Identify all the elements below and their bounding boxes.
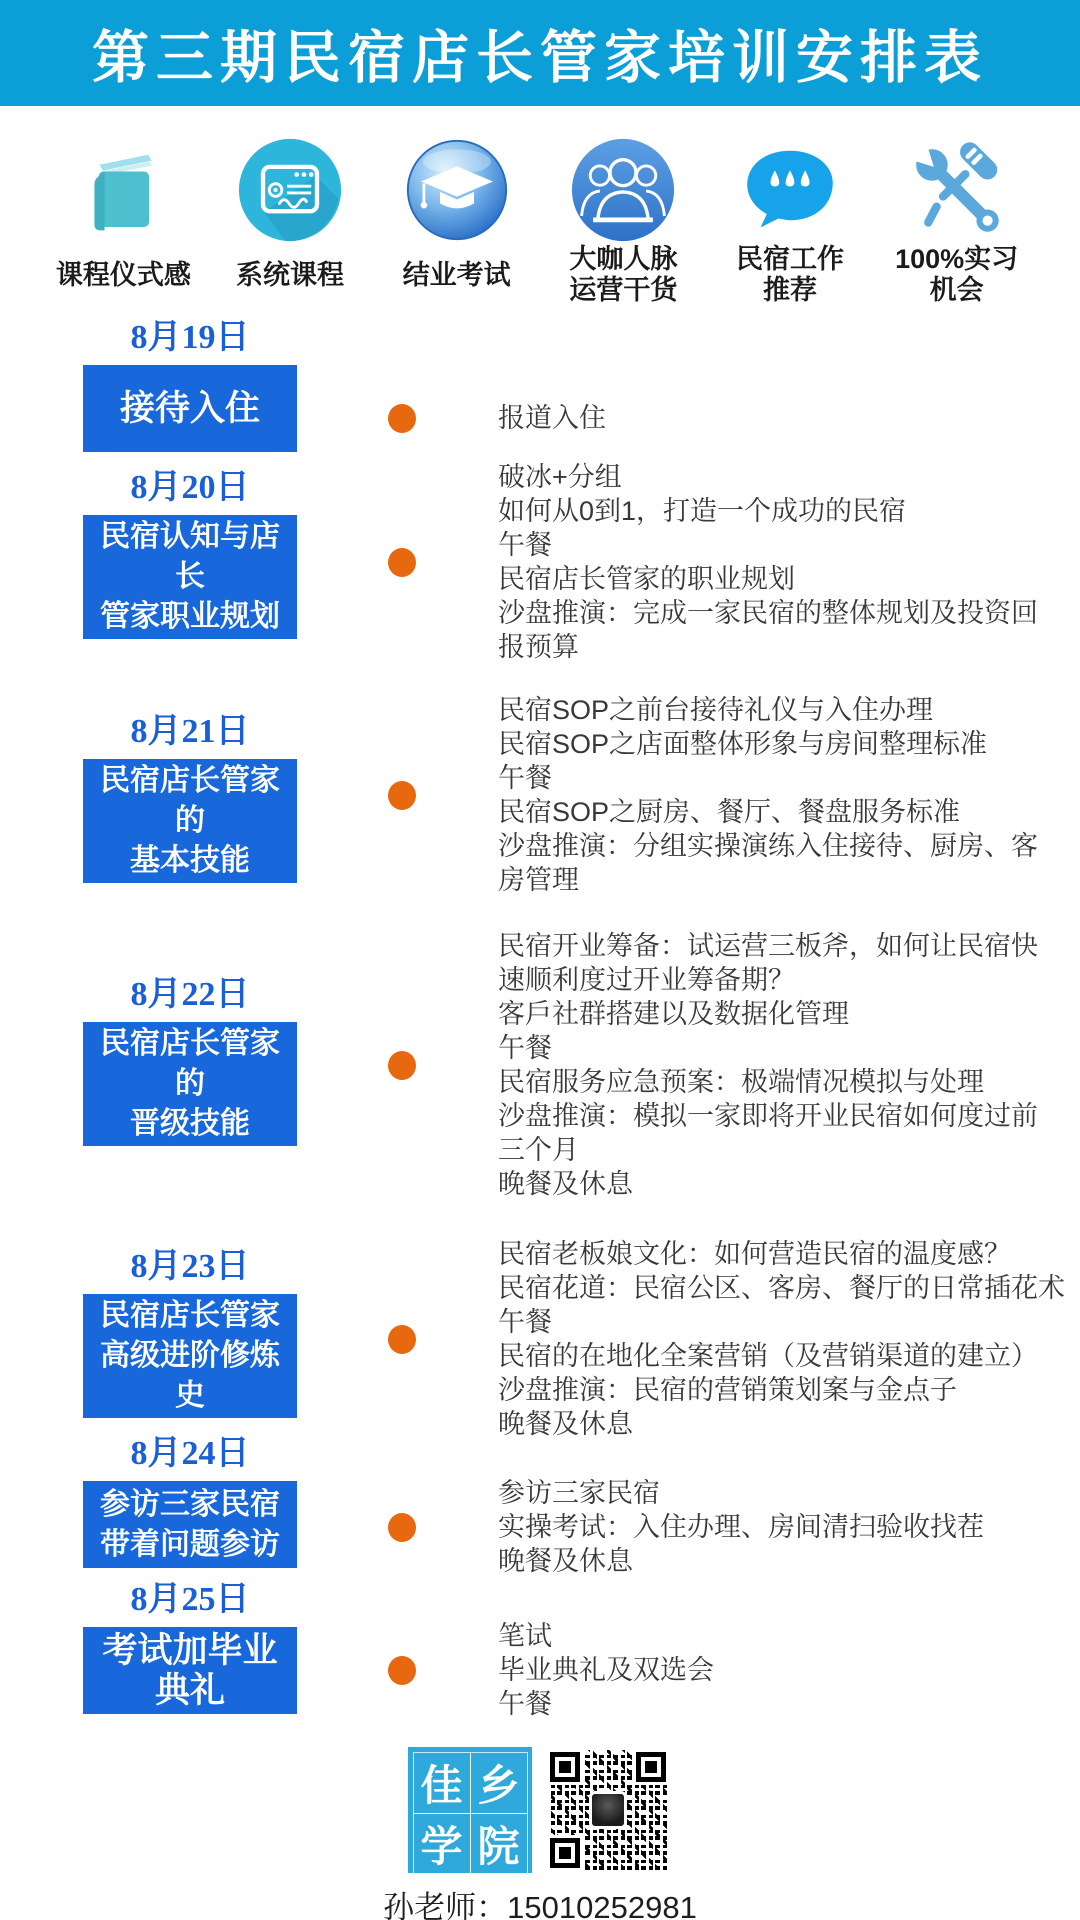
- feature-ceremony: 课程仪式感: [40, 136, 207, 306]
- section-topic-box: 民宿店长管家 高级进阶修炼史: [83, 1294, 297, 1418]
- section-content: 破冰+分组 如何从0到1，打造一个成功的民宿 午餐 民宿店长管家的职业规划 沙盘…: [498, 460, 1038, 664]
- section-content: 笔试 毕业典礼及双选会 午餐: [498, 1619, 714, 1721]
- qr-pattern: [548, 1750, 668, 1870]
- section-topic-box: 民宿认知与店长 管家职业规划: [83, 515, 297, 639]
- section-content: 参访三家民宿 实操考试：入住办理、房间清扫验收找茬 晚餐及休息: [498, 1476, 984, 1578]
- feature-exam: 结业考试: [373, 136, 540, 306]
- section-date: 8月20日: [0, 469, 380, 507]
- section-content: 报道入住: [498, 401, 606, 435]
- section-date: 8月19日: [0, 319, 380, 357]
- section-date: 8月21日: [0, 713, 380, 751]
- page-title: 第三期民宿店长管家培训安排表: [92, 12, 988, 94]
- contact-phone: 孙老师：15010252981: [0, 1882, 1080, 1920]
- bullet-dot: [388, 404, 416, 433]
- online-course-icon: [237, 137, 343, 243]
- feature-network: 大咖人脉 运营干货: [540, 136, 707, 306]
- logo-char: 佳: [413, 1752, 471, 1814]
- feature-label: 结业考试: [403, 244, 511, 306]
- section-topic-box: 民宿店长管家的 基本技能: [83, 759, 297, 883]
- feature-row: 课程仪式感 系统课程: [0, 136, 1080, 306]
- book-icon: [81, 138, 165, 242]
- feature-label: 100%实习 机会: [895, 244, 1018, 306]
- header-bar: 第三期民宿店长管家培训安排表: [0, 0, 1080, 106]
- feature-label: 系统课程: [236, 244, 344, 306]
- qr-finder-icon: [550, 1752, 580, 1782]
- feature-internship: 100%实习 机会: [873, 136, 1040, 306]
- feature-label: 课程仪式感: [56, 244, 191, 306]
- qr-finder-icon: [636, 1752, 666, 1782]
- section-content: 民宿老板娘文化：如何营造民宿的温度感？ 民宿花道：民宿公区、客房、餐厅的日常插花…: [498, 1237, 1065, 1441]
- schedule-section-aug25: 8月25日 考试加毕业典礼 笔试 毕业典礼及双选会 午餐: [0, 1581, 1080, 1714]
- qr-finder-icon: [550, 1838, 580, 1868]
- bullet-dot: [388, 1656, 416, 1685]
- schedule-section-aug23: 8月23日 民宿店长管家 高级进阶修炼史 民宿老板娘文化：如何营造民宿的温度感？…: [0, 1248, 1080, 1452]
- section-topic-box: 民宿店长管家的 晋级技能: [83, 1022, 297, 1146]
- chat-bubble-icon: [741, 145, 839, 235]
- logo-char: 学: [413, 1813, 471, 1875]
- feature-label: 民宿工作 推荐: [736, 244, 844, 306]
- footer: 佳 乡 学 院 孙老师：15010252981: [0, 1746, 1080, 1920]
- section-date: 8月24日: [0, 1435, 380, 1473]
- schedule-section-aug20: 8月20日 民宿认知与店长 管家职业规划 破冰+分组 如何从0到1，打造一个成功…: [0, 469, 1080, 673]
- schedule-section-aug22: 8月22日 民宿店长管家的 晋级技能 民宿开业筹备：试运营三板斧，如何让民宿快 …: [0, 976, 1080, 1248]
- schedule-section-aug21: 8月21日 民宿店长管家的 基本技能 民宿SOP之前台接待礼仪与入住办理 民宿S…: [0, 713, 1080, 917]
- section-content: 民宿开业筹备：试运营三板斧，如何让民宿快 速顺利度过开业筹备期？ 客戶社群搭建以…: [498, 929, 1038, 1201]
- bullet-dot: [388, 1513, 416, 1542]
- people-network-icon: [570, 137, 676, 243]
- section-date: 8月23日: [0, 1248, 380, 1286]
- section-topic-box: 接待入住: [83, 365, 297, 452]
- bullet-dot: [388, 1325, 416, 1354]
- section-topic-box: 参访三家民宿 带着问题参访: [83, 1481, 297, 1568]
- bullet-dot: [388, 548, 416, 577]
- bullet-dot: [388, 1051, 416, 1080]
- section-content: 民宿SOP之前台接待礼仪与入住办理 民宿SOP之店面整体形象与房间整理标准 午餐…: [498, 693, 1038, 897]
- feature-job-referral: 民宿工作 推荐: [707, 136, 874, 306]
- section-topic-box: 考试加毕业典礼: [83, 1627, 297, 1714]
- logo-char: 乡: [470, 1752, 528, 1814]
- logo-char: 院: [470, 1813, 528, 1875]
- tools-icon: [906, 139, 1008, 241]
- section-date: 8月25日: [0, 1581, 380, 1619]
- feature-label: 大咖人脉 运营干货: [569, 244, 677, 306]
- qr-center-avatar: [589, 1791, 627, 1829]
- feature-system-course: 系统课程: [207, 136, 374, 306]
- bullet-dot: [388, 781, 416, 810]
- section-date: 8月22日: [0, 976, 380, 1014]
- schedule-section-aug24: 8月24日 参访三家民宿 带着问题参访 参访三家民宿 实操考试：入住办理、房间清…: [0, 1435, 1080, 1568]
- schedule-section-aug19: 8月19日 接待入住 报道入住: [0, 319, 1080, 452]
- jiaxiang-academy-logo: 佳 乡 学 院: [408, 1747, 532, 1873]
- wechat-qr-code: [544, 1746, 672, 1874]
- graduation-cap-icon: [405, 138, 509, 242]
